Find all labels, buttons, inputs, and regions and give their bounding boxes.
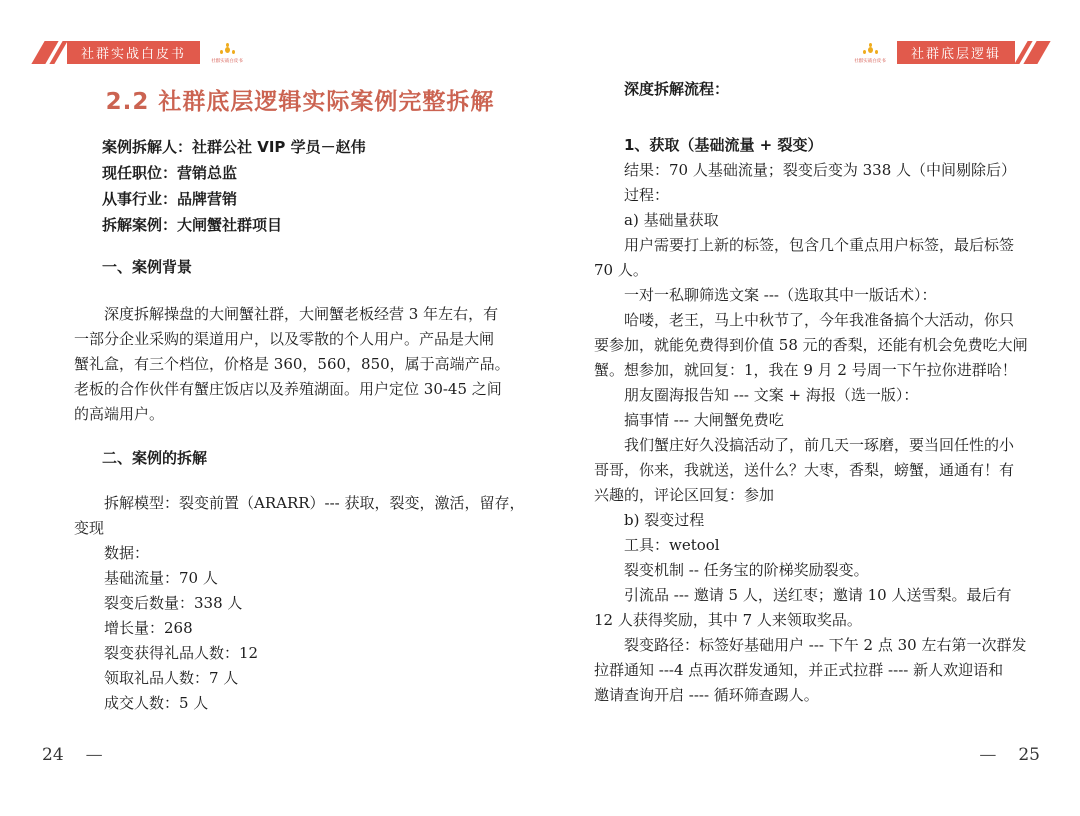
book-spread: 社群实战白皮书 社群实战白皮书 社群实战白皮书 社群底层逻辑 2.2 社群底层逻… <box>0 0 1080 816</box>
right-page-body: 深度拆解流程：1、获取（基础流量 + 裂变）结果：70 人基础流量；裂变后变为 … <box>594 76 1046 708</box>
text-line: 用户需要打上新的标签，包含几个重点用户标签，最后标签 <box>594 233 1046 258</box>
page-number: 24 <box>42 745 64 765</box>
banner-stripe-right <box>1021 41 1044 64</box>
brand-logo-icon <box>219 42 235 56</box>
page-number-dash: — <box>86 745 103 765</box>
text-line: 1、获取（基础流量 + 裂变） <box>594 132 1046 158</box>
brand-logo-right: 社群实战白皮书 <box>849 42 891 64</box>
text-line: 蟹礼盒，有三个档位，价格是 360，560，850，属于高端产品。 <box>74 352 526 377</box>
page-number: 25 <box>1018 745 1040 765</box>
text-line: 现任职位：营销总监 <box>74 160 526 186</box>
text-line: 基础流量：70 人 <box>74 566 526 591</box>
text-line: 邀请查询开启 ---- 循环筛查踢人。 <box>594 683 1046 708</box>
text-line: 变现 <box>74 516 526 541</box>
series-badge-left: 社群实战白皮书 <box>67 41 200 64</box>
text-line: 的高端用户。 <box>74 402 526 427</box>
text-line: 成交人数：5 人 <box>74 691 526 716</box>
right-page: 深度拆解流程：1、获取（基础流量 + 裂变）结果：70 人基础流量；裂变后变为 … <box>594 76 1046 708</box>
text-line: 搞事情 --- 大闸蟹免费吃 <box>594 408 1046 433</box>
text-line: 我们蟹庄好久没搞活动了，前几天一琢磨，要当回任性的小 <box>594 433 1046 458</box>
brand-logo-icon <box>862 42 878 56</box>
page-number-right: — 25 <box>979 745 1040 765</box>
text-line: 兴趣的，评论区回复：参加 <box>594 483 1046 508</box>
text-line: 深度拆解操盘的大闸蟹社群，大闸蟹老板经营 3 年左右，有 <box>74 302 526 327</box>
text-line: 结果：70 人基础流量；裂变后变为 338 人（中间剔除后） <box>594 158 1046 183</box>
text-line: 70 人。 <box>594 258 1046 283</box>
text-line: 12 人获得奖励，其中 7 人来领取奖品。 <box>594 608 1046 633</box>
text-line: 领取礼品人数：7 人 <box>74 666 526 691</box>
text-line: 案例拆解人：社群公社 VIP 学员－赵伟 <box>74 134 526 160</box>
text-line: 一、案例背景 <box>74 254 526 280</box>
spacer <box>594 102 1046 132</box>
spacer <box>74 280 526 302</box>
text-line: 老板的合作伙伴有蟹庄饭店以及养殖湖面。用户定位 30-45 之间 <box>74 377 526 402</box>
text-line: 一对一私聊筛选文案 ---（选取其中一版话术）： <box>594 283 1046 308</box>
text-line: 增长量：268 <box>74 616 526 641</box>
text-line: a) 基础量获取 <box>594 208 1046 233</box>
brand-logo-left: 社群实战白皮书 <box>206 42 248 64</box>
text-line: 裂变获得礼品人数：12 <box>74 641 526 666</box>
banner-stripe-left <box>38 41 61 64</box>
text-line: 朋友圈海报告知 --- 文案 + 海报（选一版）： <box>594 383 1046 408</box>
text-line: 工具：wetool <box>594 533 1046 558</box>
text-line: 一部分企业采购的渠道用户，以及零散的个人用户。产品是大闸 <box>74 327 526 352</box>
text-line: 深度拆解流程： <box>594 76 1046 102</box>
text-line: 拉群通知 ---4 点再次群发通知，并正式拉群 ---- 新人欢迎语和 <box>594 658 1046 683</box>
left-page-body: 案例拆解人：社群公社 VIP 学员－赵伟现任职位：营销总监从事行业：品牌营销拆解… <box>74 134 526 716</box>
brand-logo-caption: 社群实战白皮书 <box>211 58 243 64</box>
text-line: 从事行业：品牌营销 <box>74 186 526 212</box>
header-left: 社群实战白皮书 社群实战白皮书 <box>38 40 248 64</box>
text-line: 哥哥，你来，我就送，送什么？大枣，香梨，螃蟹，通通有！有 <box>594 458 1046 483</box>
text-line: 要参加，就能免费得到价值 58 元的香梨，还能有机会免费吃大闸 <box>594 333 1046 358</box>
header-right: 社群实战白皮书 社群底层逻辑 <box>849 40 1044 64</box>
spacer <box>74 238 526 254</box>
text-line: 裂变机制 -- 任务宝的阶梯奖励裂变。 <box>594 558 1046 583</box>
text-line: 裂变路径：标签好基础用户 --- 下午 2 点 30 左右第一次群发 <box>594 633 1046 658</box>
spacer <box>74 427 526 445</box>
text-line: b) 裂变过程 <box>594 508 1046 533</box>
text-line: 数据： <box>74 541 526 566</box>
text-line: 拆解模型：裂变前置（ARARR）--- 获取，裂变，激活，留存， <box>74 491 526 516</box>
text-line: 引流品 --- 邀请 5 人，送红枣；邀请 10 人送雪梨。最后有 <box>594 583 1046 608</box>
page-number-left: 24 — <box>42 745 103 765</box>
text-line: 哈喽，老王，马上中秋节了，今年我准备搞个大活动，你只 <box>594 308 1046 333</box>
brand-logo-caption: 社群实战白皮书 <box>854 58 886 64</box>
chapter-badge-right: 社群底层逻辑 <box>897 41 1015 64</box>
section-title: 2.2 社群底层逻辑实际案例完整拆解 <box>74 86 526 118</box>
left-page: 2.2 社群底层逻辑实际案例完整拆解 案例拆解人：社群公社 VIP 学员－赵伟现… <box>74 86 526 716</box>
spacer <box>74 471 526 491</box>
text-line: 拆解案例：大闸蟹社群项目 <box>74 212 526 238</box>
text-line: 裂变后数量：338 人 <box>74 591 526 616</box>
page-number-dash: — <box>979 745 996 765</box>
text-line: 蟹。想参加，就回复：1，我在 9 月 2 号周一下午拉你进群哈！ <box>594 358 1046 383</box>
text-line: 过程： <box>594 183 1046 208</box>
text-line: 二、案例的拆解 <box>74 445 526 471</box>
